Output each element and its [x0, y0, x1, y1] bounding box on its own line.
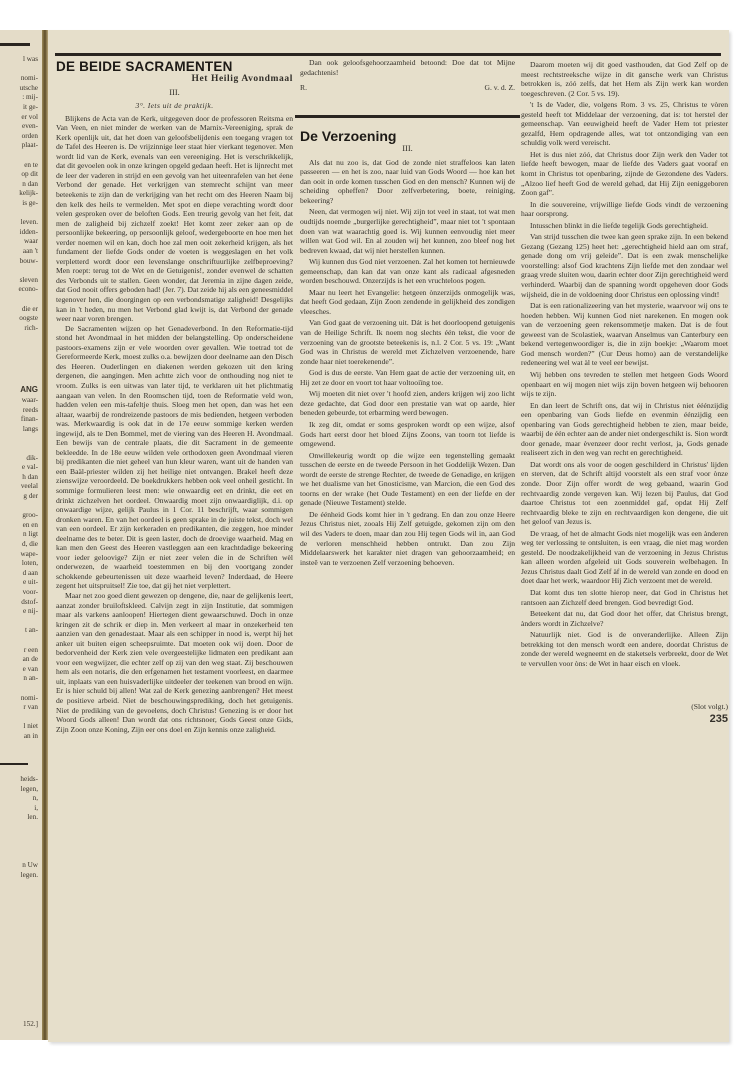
part-number: III. — [56, 88, 293, 98]
previous-page-text-fragment: h dan — [22, 473, 38, 483]
previous-page-text-fragment: it ge- — [23, 103, 38, 113]
signature: R. G. v. d. Z. — [300, 83, 515, 93]
to-be-continued: (Slot volgt.) — [521, 702, 728, 712]
previous-page-text-fragment: langs — [23, 425, 38, 435]
previous-page-text-fragment: sleven — [20, 276, 38, 286]
previous-page-text-fragment: an in — [24, 732, 38, 742]
paragraph: Wij kunnen dus God niet verzoenen. Zal h… — [300, 257, 515, 286]
paragraph: In die souvereine, vrijwillige liefde Go… — [521, 200, 728, 219]
paragraph: Wij hebben ons tevreden te stellen met h… — [521, 370, 728, 399]
section-heading: 3°. Iets uit de praktijk. — [56, 101, 293, 111]
paragraph: Maar nu leert het Evangelie: hetgeen ònz… — [300, 288, 515, 317]
previous-page-text-fragment: leven. — [21, 218, 38, 228]
previous-page-text-fragment: rich- — [24, 324, 38, 334]
previous-page-text-fragment: n an- — [23, 674, 38, 684]
previous-page-text-fragment: e uit- — [23, 578, 38, 588]
part-number: III. — [300, 144, 515, 154]
previous-page-text-fragment: nomi- — [21, 74, 38, 84]
previous-page-text-fragment: econo- — [18, 285, 38, 295]
previous-page-text-fragment: reeds — [23, 406, 38, 416]
previous-page-text-fragment: finan- — [21, 415, 38, 425]
column-3: Daarom moeten wij dit goed vasthouden, d… — [521, 58, 728, 724]
page-number: 235 — [521, 715, 728, 725]
previous-page-text-fragment: n, — [33, 794, 38, 804]
previous-page-text-fragment: dik- — [26, 454, 38, 464]
previous-page-text-fragment: r een — [24, 646, 38, 656]
paragraph: 't Is de Vader, die, volgens Rom. 3 vs. … — [521, 100, 728, 148]
paragraph: De vraag, of het de almacht Gods niet mo… — [521, 529, 728, 586]
article-title: DE BEIDE SACRAMENTEN — [56, 59, 293, 75]
article-subtitle: Het Heilig Avondmaal — [56, 75, 293, 85]
previous-page-text-fragment: er vol — [21, 113, 38, 123]
previous-page-text-fragment: e val- — [22, 463, 38, 473]
previous-page-text-fragment: n dan — [22, 180, 38, 190]
magazine-page: DE BEIDE SACRAMENTEN Het Heilig Avondmaa… — [48, 30, 729, 1042]
paragraph: Maar net zoo goed dient gewezen op denge… — [56, 591, 293, 734]
previous-page-text-fragment: l was — [23, 55, 38, 65]
previous-page-text-fragment: veelal — [21, 482, 38, 492]
paragraph: Neen, dat vermogen wij niet. Wij zijn to… — [300, 207, 515, 255]
previous-page-text-fragment: plaat- — [22, 141, 38, 151]
previous-page-number: 152.] — [23, 1020, 38, 1030]
paragraph: Dan ook geloofsgehoorzaamheid betoond: D… — [300, 58, 515, 77]
previous-page-text-fragment: heids- — [20, 775, 38, 785]
signature-right: G. v. d. Z. — [484, 83, 515, 93]
paragraph: Blijkens de Acta van de Kerk, uitgegeven… — [56, 114, 293, 324]
previous-page-text-fragment: idden- — [20, 228, 38, 238]
paragraph: De éénheid Gods komt hier in 't gedrang.… — [300, 510, 515, 567]
paragraph: Van strijd tusschen die twee kan geen sp… — [521, 232, 728, 299]
paragraph: Dat is een rationalizeering van het myst… — [521, 301, 728, 368]
previous-page-text-fragment: g der — [23, 492, 38, 502]
previous-page-text-fragment: aan 't — [23, 247, 38, 257]
previous-page-text-fragment: oogste — [19, 314, 38, 324]
paragraph: Dat wordt ons als voor de oogen geschild… — [521, 460, 728, 527]
previous-page-text-fragment: kelijk- — [19, 189, 38, 199]
previous-page-text-fragment: waar- — [22, 396, 38, 406]
paragraph: Als dat nu zoo is, dat God de zonde niet… — [300, 158, 515, 206]
paragraph: Intusschen blinkt in die liefde tegelijk… — [521, 221, 728, 231]
paragraph: En dan leert de Schrift ons, dat wij in … — [521, 401, 728, 458]
previous-page-text-fragment: len. — [27, 813, 38, 823]
previous-page-text-fragment: nomi- — [21, 694, 38, 704]
paragraph: God is dus de eerste. Van Hem gaat de ac… — [300, 368, 515, 387]
signature-left: R. — [300, 83, 307, 93]
paragraph: Het is dus niet zóó, dat Christus door Z… — [521, 150, 728, 198]
paragraph: De Sacramenten wijzen op het Genadeverbo… — [56, 324, 293, 591]
previous-page-text-fragment: d aan — [23, 569, 38, 579]
previous-page-text-fragment: l niet — [23, 722, 38, 732]
previous-page-text-fragment: e van — [23, 665, 38, 675]
previous-page-text-fragment: op dit — [21, 170, 38, 180]
paragraph: Onwillekeurig wordt op die wijze een teg… — [300, 451, 515, 508]
previous-page-text-fragment: en en — [23, 521, 38, 531]
previous-page-text-fragment: n Uw — [22, 861, 38, 871]
previous-page-text-fragment: dstof- — [21, 598, 38, 608]
previous-page-text-fragment: voor- — [23, 588, 38, 598]
previous-page-text-fragment: an de — [23, 655, 38, 665]
paragraph: Beteekent dat nu, dat God door het offer… — [521, 609, 728, 628]
paragraph: Dat komt dus ten slotte hierop neer, dat… — [521, 588, 728, 607]
paragraph: Daarom moeten wij dit goed vasthouden, d… — [521, 60, 728, 98]
previous-page-text-fragment: n ligt — [23, 530, 38, 540]
previous-page-rule-lower — [0, 763, 28, 765]
previous-page-rule — [0, 43, 30, 46]
previous-page-text-fragment: even- — [22, 122, 38, 132]
previous-page-edge: l wasnomi-utsche: mij-it ge-er voleven-o… — [0, 30, 44, 1040]
column-2: Dan ook geloofsgehoorzaamheid betoond: D… — [300, 58, 515, 567]
previous-page-text-fragment: orden — [22, 132, 38, 142]
previous-page-text-fragment: : mij- — [22, 93, 38, 103]
previous-page-text-fragment: bouw- — [20, 257, 38, 267]
previous-page-text-fragment: r van — [23, 703, 38, 713]
previous-page-text-fragment: loten, — [22, 559, 38, 569]
previous-page-text-fragment: is ge- — [22, 199, 38, 209]
previous-page-text-fragment: en te — [24, 161, 38, 171]
previous-page-text-fragment: utsche — [20, 84, 38, 94]
previous-page-text-fragment: groo- — [22, 511, 38, 521]
previous-page-text-fragment: t an- — [25, 626, 38, 636]
previous-page-text-fragment: d, die — [22, 540, 38, 550]
column-1: DE BEIDE SACRAMENTEN Het Heilig Avondmaa… — [56, 58, 293, 734]
previous-page-text-fragment: wape- — [20, 550, 38, 560]
header-rule — [55, 53, 721, 56]
previous-page-text-fragment: i, — [34, 804, 38, 814]
article-divider — [295, 115, 520, 118]
paragraph: Van God gaat de verzoening uit. Dát is h… — [300, 318, 515, 366]
previous-page-text-fragment: waar — [24, 237, 38, 247]
previous-page-text-fragment: legen. — [21, 871, 38, 881]
paragraph: Ik zeg dit, omdat er soms gesproken word… — [300, 420, 515, 449]
previous-page-text-fragment: e nij- — [23, 607, 38, 617]
previous-page-text-fragment: die er — [22, 305, 38, 315]
article-title: De Verzoening — [300, 132, 515, 142]
previous-page-heading-fragment: ANG — [20, 385, 38, 395]
previous-page-text-fragment: legen, — [21, 785, 38, 795]
paragraph: Natuurlijk niet. God is de onveranderlij… — [521, 630, 728, 668]
paragraph: Wij moeten dit niet over 't hoofd zien, … — [300, 389, 515, 418]
